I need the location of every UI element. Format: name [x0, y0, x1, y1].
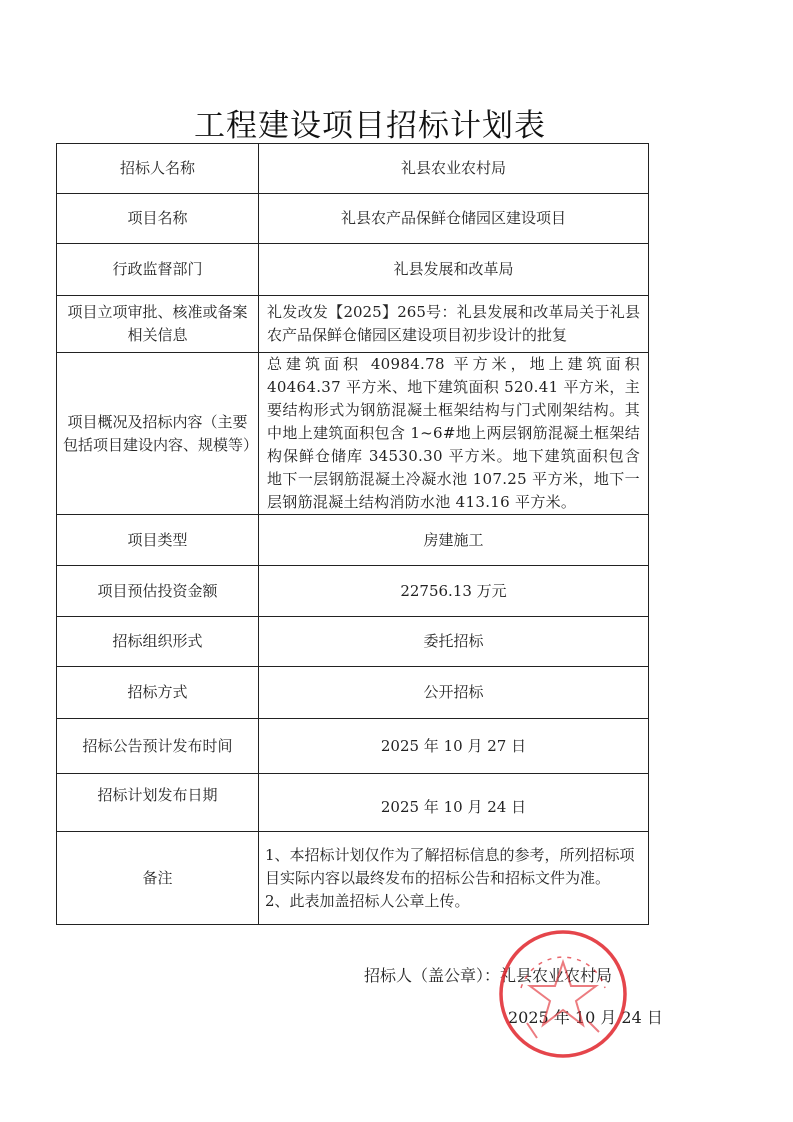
- table-row: 行政监督部门 礼县发展和改革局: [57, 244, 649, 296]
- signature-date: 2025 年 10 月 24 日: [508, 1005, 663, 1028]
- table-row: 项目立项审批、核准或备案相关信息 礼发改发【2025】265号：礼县发展和改革局…: [57, 296, 649, 353]
- row-value-organization-form: 委托招标: [259, 617, 649, 667]
- table-row: 招标组织形式 委托招标: [57, 617, 649, 667]
- row-value-investment: 22756.13 万元: [259, 566, 649, 617]
- row-label-investment: 项目预估投资金额: [57, 566, 259, 617]
- row-label-project-name: 项目名称: [57, 194, 259, 244]
- table-row: 项目概况及招标内容（主要包括项目建设内容、规模等） 总建筑面积 40984.78…: [57, 353, 649, 515]
- row-label-project-overview: 项目概况及招标内容（主要包括项目建设内容、规模等）: [57, 353, 259, 515]
- row-value-notes: 1、本招标计划仅作为了解招标信息的参考，所列招标项目实际内容以最终发布的招标公告…: [259, 832, 649, 925]
- row-value-bidding-method: 公开招标: [259, 667, 649, 719]
- table-row: 项目预估投资金额 22756.13 万元: [57, 566, 649, 617]
- row-label-bidding-method: 招标方式: [57, 667, 259, 719]
- row-label-announcement-time: 招标公告预计发布时间: [57, 719, 259, 774]
- table-row: 招标人名称 礼县农业农村局: [57, 144, 649, 194]
- row-label-tenderer: 招标人名称: [57, 144, 259, 194]
- table-row: 备注 1、本招标计划仅作为了解招标信息的参考，所列招标项目实际内容以最终发布的招…: [57, 832, 649, 925]
- row-label-supervisor: 行政监督部门: [57, 244, 259, 296]
- row-label-project-type: 项目类型: [57, 515, 259, 566]
- row-value-project-overview: 总建筑面积 40984.78 平方米，地上建筑面积 40464.37 平方米、地…: [259, 353, 649, 515]
- note-item: 2、此表加盖招标人公章上传。: [265, 890, 642, 913]
- row-value-plan-date: 2025 年 10 月 24 日: [259, 774, 649, 832]
- row-label-notes: 备注: [57, 832, 259, 925]
- row-label-approval-info: 项目立项审批、核准或备案相关信息: [57, 296, 259, 353]
- row-value-supervisor: 礼县发展和改革局: [259, 244, 649, 296]
- row-label-organization-form: 招标组织形式: [57, 617, 259, 667]
- note-item: 1、本招标计划仅作为了解招标信息的参考，所列招标项目实际内容以最终发布的招标公告…: [265, 844, 642, 890]
- red-official-seal-icon: [497, 928, 629, 1060]
- table-row: 招标计划发布日期 2025 年 10 月 24 日: [57, 774, 649, 832]
- row-value-project-type: 房建施工: [259, 515, 649, 566]
- table-row: 项目名称 礼县农产品保鲜仓储园区建设项目: [57, 194, 649, 244]
- row-value-approval-info: 礼发改发【2025】265号：礼县发展和改革局关于礼县农产品保鲜仓储园区建设项目…: [259, 296, 649, 353]
- signature-line: 招标人（盖公章）：礼县农业农村局: [364, 963, 612, 986]
- row-value-announcement-time: 2025 年 10 月 27 日: [259, 719, 649, 774]
- table-row: 招标方式 公开招标: [57, 667, 649, 719]
- row-value-project-name: 礼县农产品保鲜仓储园区建设项目: [259, 194, 649, 244]
- table-row: 招标公告预计发布时间 2025 年 10 月 27 日: [57, 719, 649, 774]
- document-title: 工程建设项目招标计划表: [0, 100, 740, 145]
- bidding-plan-table: 招标人名称 礼县农业农村局 项目名称 礼县农产品保鲜仓储园区建设项目 行政监督部…: [56, 143, 649, 925]
- row-value-tenderer: 礼县农业农村局: [259, 144, 649, 194]
- table-row: 项目类型 房建施工: [57, 515, 649, 566]
- row-label-plan-date: 招标计划发布日期: [57, 774, 259, 832]
